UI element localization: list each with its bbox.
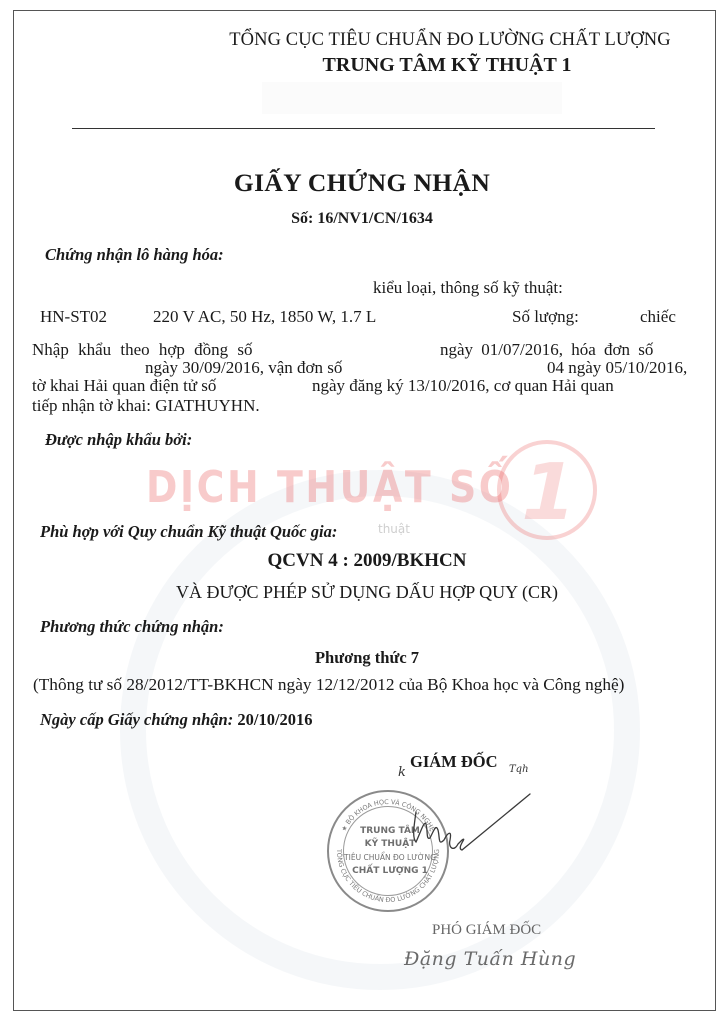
import-invoice-text: ngày 01/07/2016, hóa đơn số [440,340,653,360]
handwritten-signature [340,790,540,870]
model-code: HN-ST02 [40,307,107,327]
issue-date-label: Ngày cấp Giấy chứng nhận: 20/10/2016 [40,710,313,730]
customs-receiver-text: tiếp nhận tờ khai: GIATHUYHN. [32,396,260,416]
regulation-permission: VÀ ĐƯỢC PHÉP SỬ DỤNG DẤU HỢP QUY (CR) [0,582,724,603]
regulation-label: Phù hợp với Quy chuẩn Kỹ thuật Quốc gia: [40,522,337,542]
deputy-director-title: PHÓ GIÁM ĐỐC [432,922,541,939]
customs-declaration-text: tờ khai Hải quan điện tử số [32,376,216,396]
issue-date-label-text: Ngày cấp Giấy chứng nhận: [40,710,233,729]
spec-label: kiểu loại, thông số kỹ thuật: [373,278,563,298]
quantity-unit: chiếc [640,307,676,327]
technical-specs: 220 V AC, 50 Hz, 1850 W, 1.7 L [153,307,376,327]
director-title: GIÁM ĐỐC [410,752,498,772]
deputy-director-name: Đặng Tuấn Hùng [404,948,576,970]
method-label: Phương thức chứng nhận: [40,617,224,637]
document-title: GIẤY CHỨNG NHẬN [0,168,724,198]
method-reference: (Thông tư số 28/2012/TT-BKHCN ngày 12/12… [33,675,624,695]
goods-label: Chứng nhận lô hàng hóa: [45,245,224,265]
importer-label: Được nhập khẩu bởi: [45,430,192,450]
center-name: TRUNG TÂM KỸ THUẬT 1 [0,54,724,77]
redacted-area [262,82,562,114]
background-watermark-ring [120,470,640,990]
certificate-number: Số: 16/NV1/CN/1634 [0,210,724,228]
import-bill-text: ngày 30/09/2016, vận đơn số [145,358,342,378]
import-contract-text: Nhập khẩu theo hợp đồng số [32,340,253,360]
header-divider [72,128,655,129]
quantity-label: Số lượng: [512,307,579,327]
signature-prefix-mark: k [398,765,406,780]
import-bill-date: 04 ngày 05/10/2016, [547,358,687,378]
organization-name: TỔNG CỤC TIÊU CHUẨN ĐO LƯỜNG CHẤT LƯỢNG [0,30,724,51]
translation-watermark: DỊCH THUẬT SỐ [146,462,514,513]
watermark-small-text: thuật [378,522,410,536]
signature-suffix-mark: Tqh [509,764,529,775]
customs-registration-text: ngày đăng ký 13/10/2016, cơ quan Hải qua… [312,376,614,396]
issue-date-value: 20/10/2016 [237,710,312,729]
method-value: Phương thức 7 [0,648,724,668]
regulation-code: QCVN 4 : 2009/BKHCN [0,550,724,572]
